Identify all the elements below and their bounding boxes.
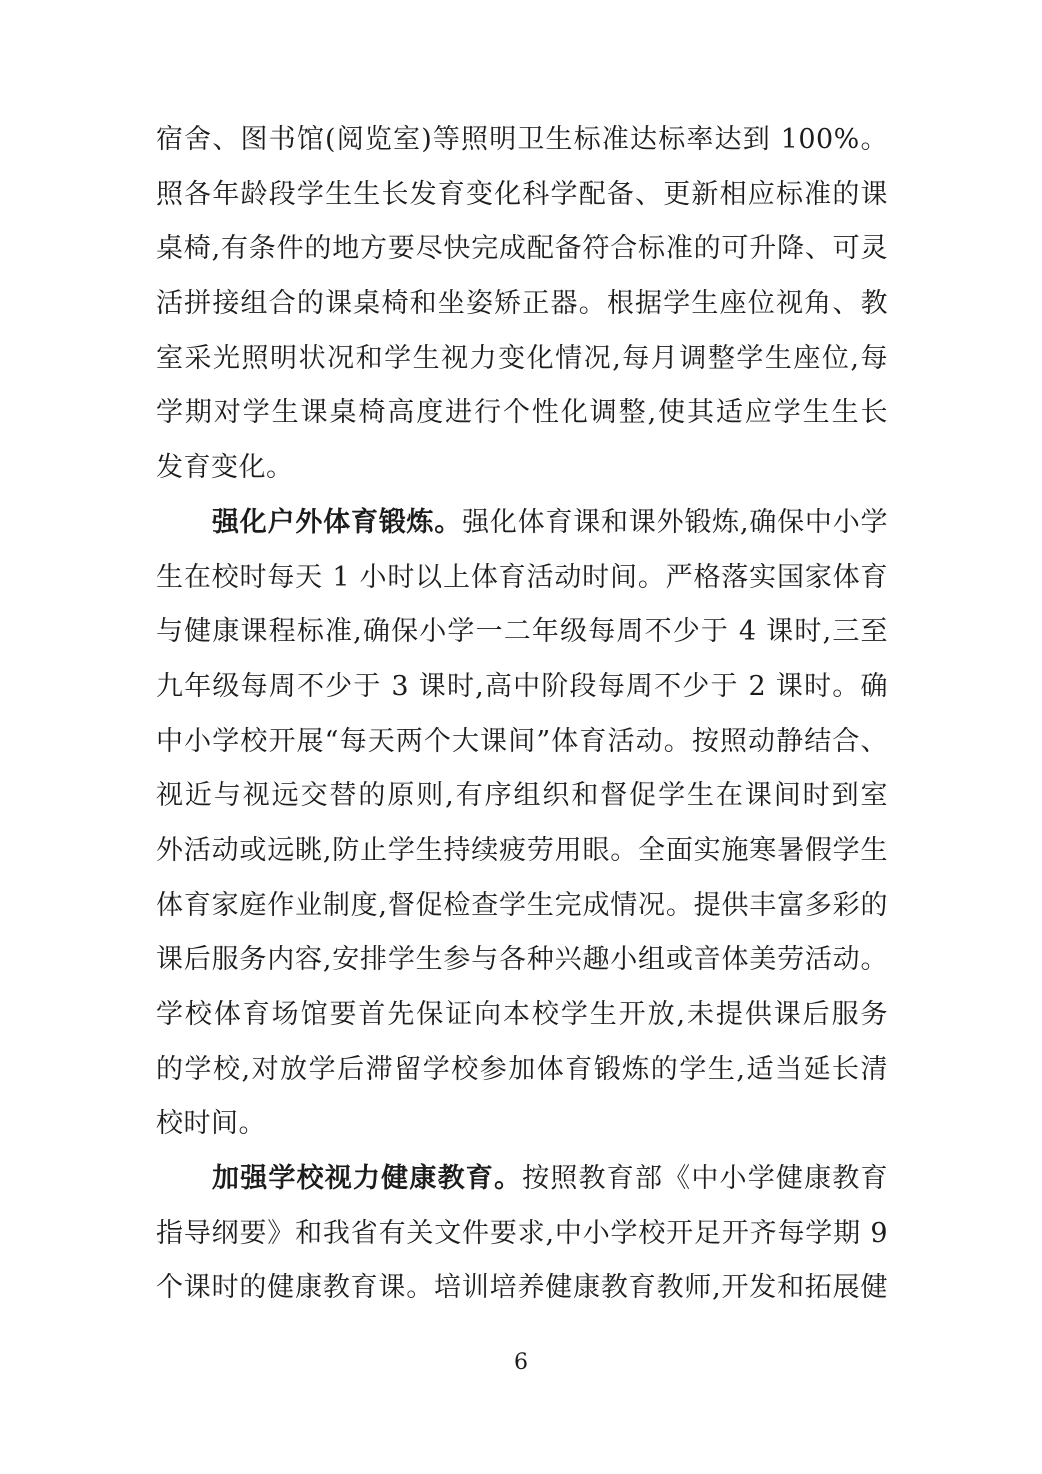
line-text: 强化体育课和课外锻炼,确保中小学 xyxy=(462,507,888,538)
line-text: 宿舍、图书馆(阅览室)等照明卫生标准达标率达到 100%。按 xyxy=(156,124,888,168)
line-text: 照各年龄段学生生长发育变化科学配备、更新相应标准的课 xyxy=(156,179,888,210)
line-text: 视近与视远交替的原则,有序组织和督促学生在课间时到室 xyxy=(156,780,888,811)
line-text: 室采光照明状况和学生视力变化情况,每月调整学生座位,每 xyxy=(156,343,888,374)
text-line: 课后服务内容,安排学生参与各种兴趣小组或音体美劳活动。 xyxy=(156,933,888,988)
text-line: 照各年龄段学生生长发育变化科学配备、更新相应标准的课 xyxy=(156,168,888,223)
text-line: 加强学校视力健康教育。按照教育部《中小学健康教育 xyxy=(156,1152,888,1207)
paragraph: 强化户外体育锻炼。强化体育课和课外锻炼,确保中小学生在校时每天 1 小时以上体育… xyxy=(156,496,888,1152)
paragraph: 加强学校视力健康教育。按照教育部《中小学健康教育指导纲要》和我省有关文件要求,中… xyxy=(156,1152,888,1316)
text-line: 桌椅,有条件的地方要尽快完成配备符合标准的可升降、可灵 xyxy=(156,222,888,277)
line-text: 学校体育场馆要首先保证向本校学生开放,未提供课后服务 xyxy=(156,999,888,1030)
text-line: 视近与视远交替的原则,有序组织和督促学生在课间时到室 xyxy=(156,769,888,824)
text-line: 活拼接组合的课桌椅和坐姿矫正器。根据学生座位视角、教 xyxy=(156,277,888,332)
text-line: 与健康课程标准,确保小学一二年级每周不少于 4 课时,三至 xyxy=(156,605,888,660)
line-text: 体育家庭作业制度,督促检查学生完成情况。提供丰富多彩的 xyxy=(156,890,888,921)
text-line: 室采光照明状况和学生视力变化情况,每月调整学生座位,每 xyxy=(156,332,888,387)
line-text: 外活动或远眺,防止学生持续疲劳用眼。全面实施寒暑假学生 xyxy=(156,835,888,866)
line-text: 学期对学生课桌椅高度进行个性化调整,使其适应学生生长 xyxy=(156,397,888,428)
text-line: 生在校时每天 1 小时以上体育活动时间。严格落实国家体育 xyxy=(156,551,888,606)
line-text: 按照教育部《中小学健康教育 xyxy=(522,1163,888,1194)
text-line: 强化户外体育锻炼。强化体育课和课外锻炼,确保中小学 xyxy=(156,496,888,551)
text-line: 个课时的健康教育课。培训培养健康教育教师,开发和拓展健 xyxy=(156,1261,888,1316)
line-text: 校时间。 xyxy=(156,1108,266,1139)
text-line: 学期对学生课桌椅高度进行个性化调整,使其适应学生生长 xyxy=(156,386,888,441)
text-line: 发育变化。 xyxy=(156,441,888,496)
line-text: 的学校,对放学后滞留学校参加体育锻炼的学生,适当延长清 xyxy=(156,1054,888,1085)
bold-lead-text: 强化户外体育锻炼。 xyxy=(212,507,462,538)
line-text: 九年级每周不少于 3 课时,高中阶段每周不少于 2 课时。确保 xyxy=(156,671,888,715)
line-text: 中小学校开展“每天两个大课间”体育活动。按照动静结合、 xyxy=(156,726,888,757)
text-line: 宿舍、图书馆(阅览室)等照明卫生标准达标率达到 100%。按 xyxy=(156,113,888,168)
text-block: 宿舍、图书馆(阅览室)等照明卫生标准达标率达到 100%。按照各年龄段学生生长发… xyxy=(156,113,888,1316)
text-line: 的学校,对放学后滞留学校参加体育锻炼的学生,适当延长清 xyxy=(156,1043,888,1098)
text-line: 学校体育场馆要首先保证向本校学生开放,未提供课后服务 xyxy=(156,988,888,1043)
line-text: 课后服务内容,安排学生参与各种兴趣小组或音体美劳活动。 xyxy=(156,944,888,975)
text-line: 校时间。 xyxy=(156,1097,888,1152)
line-text: 发育变化。 xyxy=(156,452,294,483)
text-line: 体育家庭作业制度,督促检查学生完成情况。提供丰富多彩的 xyxy=(156,879,888,934)
text-line: 外活动或远眺,防止学生持续疲劳用眼。全面实施寒暑假学生 xyxy=(156,824,888,879)
text-line: 九年级每周不少于 3 课时,高中阶段每周不少于 2 课时。确保 xyxy=(156,660,888,715)
line-text: 活拼接组合的课桌椅和坐姿矫正器。根据学生座位视角、教 xyxy=(156,288,888,319)
line-text: 生在校时每天 1 小时以上体育活动时间。严格落实国家体育 xyxy=(156,562,888,593)
line-text: 指导纲要》和我省有关文件要求,中小学校开足开齐每学期 9 xyxy=(156,1218,888,1249)
page-number: 6 xyxy=(0,1348,1042,1378)
line-text: 桌椅,有条件的地方要尽快完成配备符合标准的可升降、可灵 xyxy=(156,233,888,264)
bold-lead-text: 加强学校视力健康教育。 xyxy=(212,1163,522,1194)
paragraph: 宿舍、图书馆(阅览室)等照明卫生标准达标率达到 100%。按照各年龄段学生生长发… xyxy=(156,113,888,496)
line-text: 与健康课程标准,确保小学一二年级每周不少于 4 课时,三至 xyxy=(156,616,888,647)
text-line: 中小学校开展“每天两个大课间”体育活动。按照动静结合、 xyxy=(156,715,888,770)
text-line: 指导纲要》和我省有关文件要求,中小学校开足开齐每学期 9 xyxy=(156,1207,888,1262)
document-page: 宿舍、图书馆(阅览室)等照明卫生标准达标率达到 100%。按照各年龄段学生生长发… xyxy=(0,0,1042,1474)
line-text: 个课时的健康教育课。培训培养健康教育教师,开发和拓展健 xyxy=(156,1272,888,1303)
